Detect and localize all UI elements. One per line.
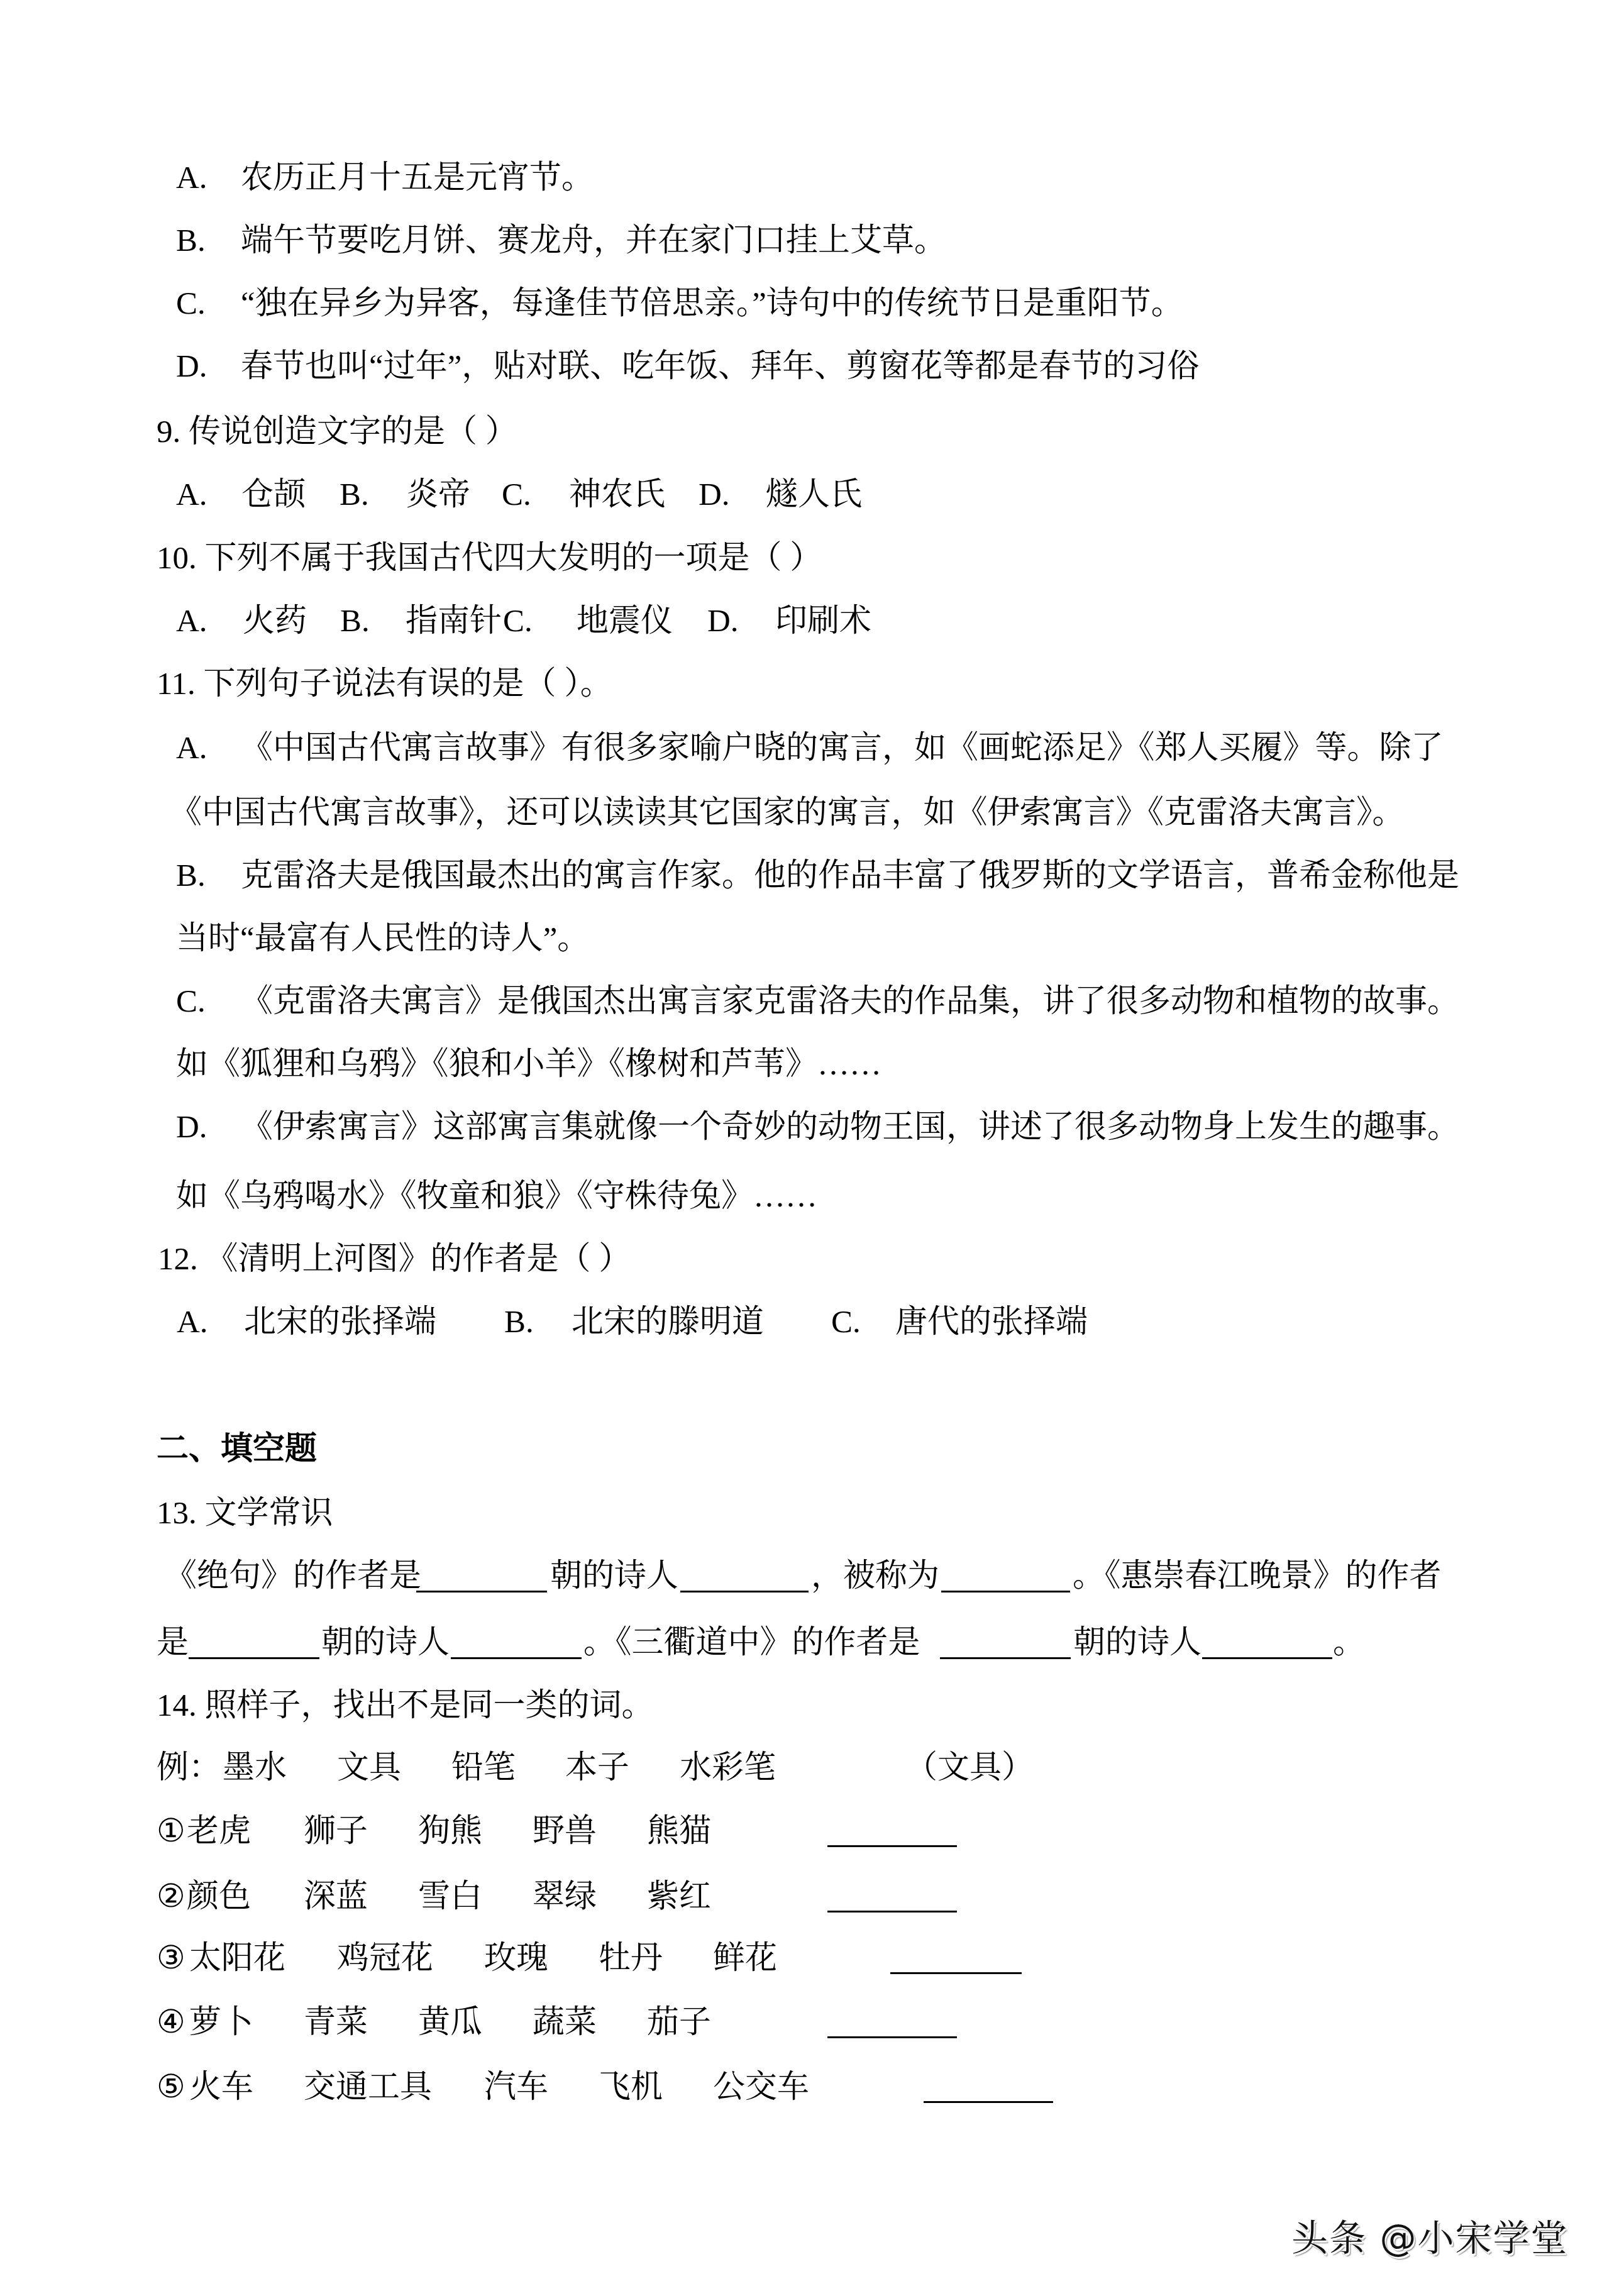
answer-blank[interactable] — [941, 1591, 1070, 1592]
answer-blank[interactable] — [940, 1657, 1071, 1659]
word: 狮子 — [304, 1813, 368, 1850]
option-label: B. — [340, 476, 369, 514]
fill-text: 朝的诗人 — [1073, 1624, 1201, 1662]
option-text-line2: 当时“最富有人民性的诗人”。 — [176, 920, 589, 958]
option-label: A. — [176, 729, 207, 767]
row-marker: ① — [157, 1813, 185, 1850]
option-label: C. — [503, 602, 533, 640]
word: 牡丹 — [599, 1940, 663, 1977]
option-text-line1: 《克雷洛夫寓言》是俄国杰出寓言家克雷洛夫的作品集，讲了很多动物和植物的故事。 — [241, 983, 1459, 1020]
option-label: C. — [176, 983, 206, 1020]
option-label: B. — [176, 222, 206, 260]
option-text: 神农氏 — [569, 476, 665, 514]
word: 熊猫 — [647, 1813, 711, 1850]
fill-text: 是 — [157, 1624, 189, 1662]
option-label: D. — [699, 476, 730, 514]
example-answer: （文具） — [905, 1749, 1034, 1787]
answer-blank[interactable] — [189, 1657, 319, 1659]
option-label: C. — [502, 476, 531, 514]
option-text: 北宋的滕明道 — [572, 1303, 764, 1341]
word: 文具 — [337, 1749, 401, 1787]
option-label: C. — [176, 285, 206, 323]
option-text: 火药 — [243, 602, 307, 640]
option-text: 农历正月十五是元宵节。 — [241, 159, 594, 197]
word: 黄瓜 — [418, 2004, 482, 2041]
word: 鲜花 — [713, 1940, 777, 1977]
word: 铅笔 — [451, 1749, 516, 1787]
answer-blank[interactable] — [827, 2036, 957, 2038]
answer-blank[interactable] — [416, 1591, 547, 1592]
option-label: A. — [176, 602, 207, 640]
option-text: 炎帝 — [406, 476, 470, 514]
word: 野兽 — [533, 1813, 597, 1850]
watermark: 头条 @小宋学堂 — [1291, 2217, 1568, 2259]
word: 鸡冠花 — [337, 1940, 433, 1977]
row-marker: ④ — [157, 2004, 185, 2041]
word: 公交车 — [713, 2068, 809, 2106]
option-text: 仓颉 — [241, 476, 306, 514]
section-heading: 二、填空题 — [157, 1430, 317, 1468]
question-stem: 9. 传说创造文字的是（ ） — [157, 413, 517, 451]
option-text: 印刷术 — [775, 602, 871, 640]
word: 狗熊 — [418, 1813, 482, 1850]
row-marker: ③ — [157, 1940, 185, 1977]
option-label: D. — [176, 348, 207, 385]
answer-blank[interactable] — [451, 1657, 582, 1659]
fill-text: 《绝句》的作者是 — [165, 1557, 421, 1595]
word: 萝卜 — [189, 2004, 253, 2041]
option-label: B. — [176, 857, 206, 895]
fill-text: 朝的诗人 — [550, 1557, 678, 1595]
question-stem: 10. 下列不属于我国古代四大发明的一项是（ ） — [157, 539, 822, 577]
question-stem: 13. 文学常识 — [157, 1494, 333, 1532]
row-marker: ⑤ — [157, 2068, 185, 2106]
word: 火车 — [189, 2068, 253, 2106]
option-label: A. — [177, 1303, 208, 1341]
answer-blank[interactable] — [827, 1911, 957, 1912]
option-text: 燧人氏 — [766, 476, 862, 514]
option-text: “独在异乡为异客，每逢佳节倍思亲。”诗句中的传统节日是重阳节。 — [241, 285, 1183, 323]
option-text: 北宋的张择端 — [244, 1303, 436, 1341]
option-text-line1: 《中国古代寓言故事》有很多家喻户晓的寓言，如《画蛇添足》《郑人买履》等。除了 — [241, 729, 1444, 767]
option-text: 地震仪 — [577, 602, 673, 640]
fill-text: 。《三衢道中》的作者是 — [583, 1624, 920, 1662]
word: 紫红 — [647, 1878, 711, 1916]
option-text: 指南针 — [406, 602, 502, 640]
word: 翠绿 — [533, 1878, 597, 1916]
word: 雪白 — [418, 1878, 482, 1916]
option-text-line2: 如《乌鸦喝水》《牧童和狼》《守株待兔》…… — [176, 1178, 817, 1215]
example-prefix: 例： — [157, 1749, 221, 1787]
option-text-line2: 如《狐狸和乌鸦》《狼和小羊》《橡树和芦苇》…… — [176, 1046, 881, 1083]
answer-blank[interactable] — [890, 1972, 1022, 1974]
option-label: A. — [176, 476, 207, 514]
option-label: D. — [707, 602, 739, 640]
answer-blank[interactable] — [1202, 1657, 1332, 1659]
question-stem: 12. 《清明上河图》的作者是（ ） — [158, 1240, 631, 1278]
fill-text: ，被称为 — [811, 1557, 939, 1595]
option-text: 端午节要吃月饼、赛龙舟，并在家门口挂上艾草。 — [241, 222, 946, 260]
word: 水彩笔 — [680, 1749, 776, 1787]
word: 青菜 — [304, 2004, 368, 2041]
fill-text: 朝的诗人 — [321, 1624, 450, 1662]
question-stem: 14. 照样子，找出不是同一类的词。 — [157, 1687, 654, 1725]
option-text: 春节也叫“过年”，贴对联、吃年饭、拜年、剪窗花等都是春节的习俗 — [241, 348, 1199, 385]
word: 墨水 — [223, 1749, 287, 1787]
option-text-line2: 《中国古代寓言故事》，还可以读读其它国家的寓言，如《伊索寓言》《克雷洛夫寓言》。 — [170, 794, 1405, 832]
option-text: 唐代的张择端 — [895, 1303, 1088, 1341]
option-text-line1: 克雷洛夫是俄国最杰出的寓言作家。他的作品丰富了俄罗斯的文学语言，普希金称他是 — [241, 857, 1459, 895]
answer-blank[interactable] — [924, 2101, 1053, 2103]
word: 颜色 — [187, 1878, 251, 1916]
option-label: B. — [340, 602, 370, 640]
option-label: C. — [831, 1303, 861, 1341]
word: 本子 — [565, 1749, 629, 1787]
word: 玫瑰 — [484, 1940, 548, 1977]
answer-blank[interactable] — [827, 1845, 957, 1847]
word: 茄子 — [647, 2004, 711, 2041]
option-label: B. — [504, 1303, 534, 1341]
exam-page: A. 农历正月十五是元宵节。 B. 端午节要吃月饼、赛龙舟，并在家门口挂上艾草。… — [0, 0, 1624, 2296]
word: 汽车 — [484, 2068, 548, 2106]
option-label: D. — [176, 1108, 207, 1146]
option-label: A. — [176, 159, 207, 197]
word: 太阳花 — [189, 1940, 285, 1977]
word: 老虎 — [187, 1813, 251, 1850]
option-text-line1: 《伊索寓言》这部寓言集就像一个奇妙的动物王国，讲述了很多动物身上发生的趣事。 — [241, 1108, 1459, 1146]
fill-text: 。《惠崇春江晚景》的作者 — [1073, 1557, 1442, 1595]
word: 蔬菜 — [533, 2004, 597, 2041]
fill-text: 。 — [1333, 1624, 1365, 1662]
word: 交通工具 — [304, 2068, 432, 2106]
word: 深蓝 — [304, 1878, 368, 1916]
answer-blank[interactable] — [680, 1591, 809, 1592]
question-stem: 11. 下列句子说法有误的是（ ）。 — [157, 665, 612, 703]
row-marker: ② — [157, 1878, 185, 1916]
word: 飞机 — [599, 2068, 663, 2106]
